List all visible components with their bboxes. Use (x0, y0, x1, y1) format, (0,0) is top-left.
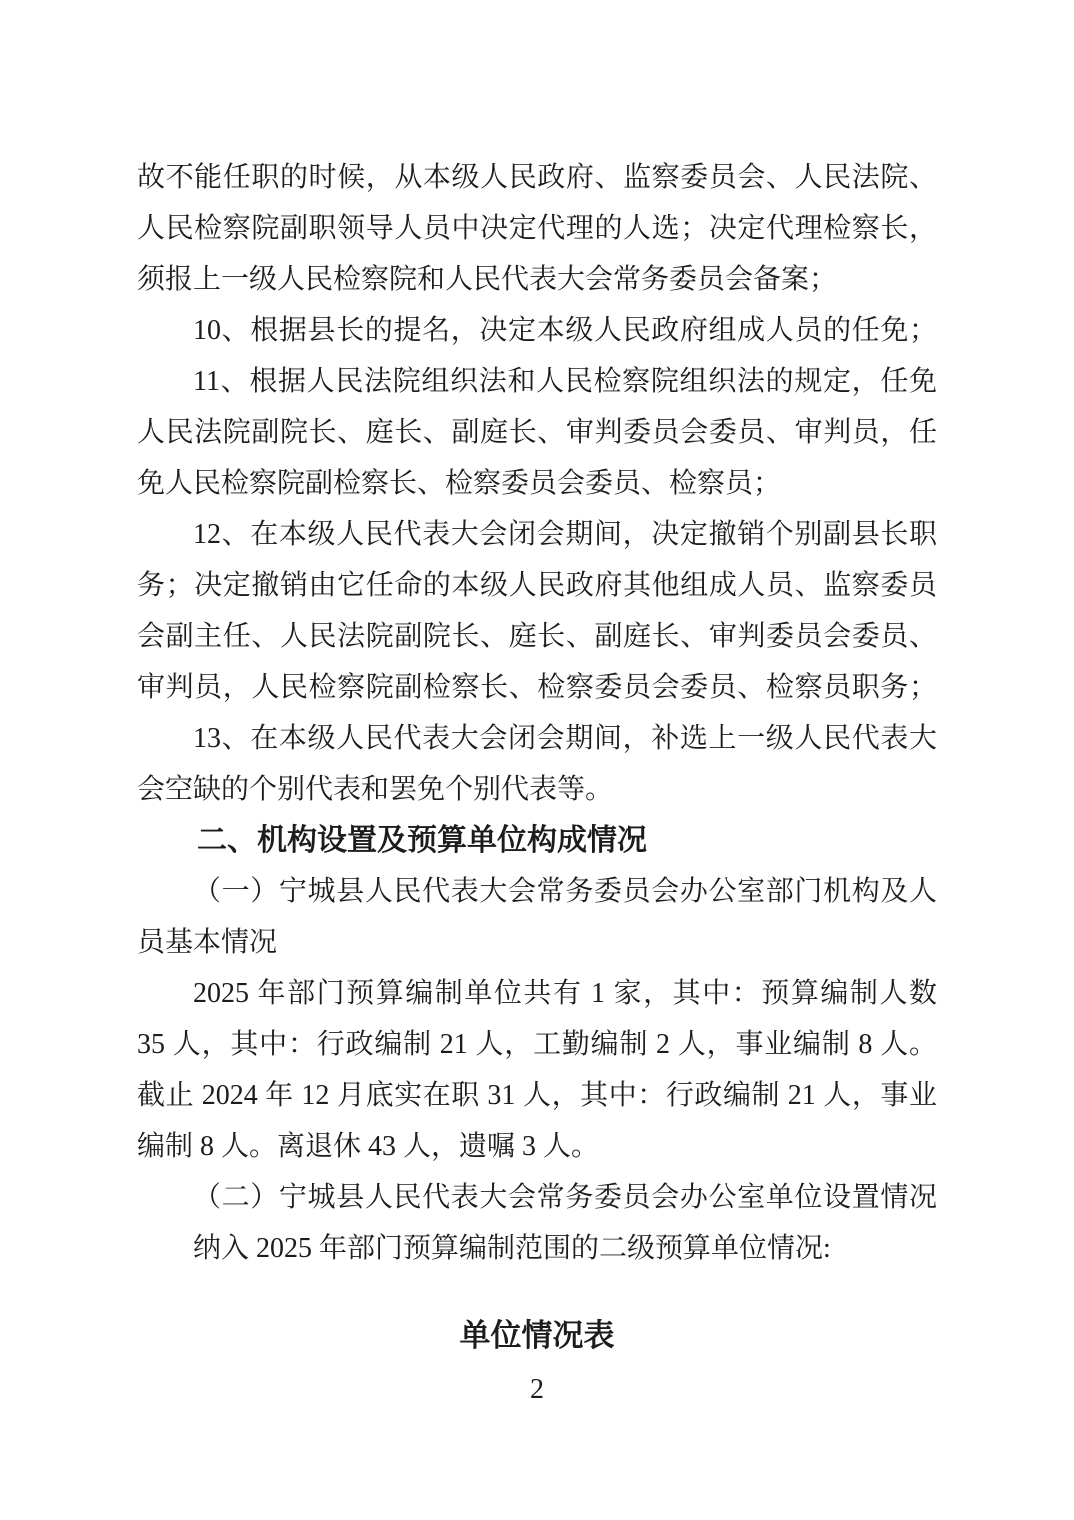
subsection-line: （一）宁城县人民代表大会常务委员会办公室部门机构及人 (137, 866, 937, 917)
body-line: 编制 8 人。离退休 43 人，遗嘱 3 人。 (137, 1121, 937, 1172)
body-line: 13、在本级人民代表大会闭会期间，补选上一级人民代表大 (137, 713, 937, 764)
body-line: 10、根据县长的提名，决定本级人民政府组成人员的任免； (137, 305, 937, 356)
body-line: 须报上一级人民检察院和人民代表大会常务委员会备案； (137, 254, 937, 305)
body-line: 免人民检察院副检察长、检察委员会委员、检察员； (137, 458, 937, 509)
body-line: 人民检察院副职领导人员中决定代理的人选；决定代理检察长， (137, 203, 937, 254)
body-line: 故不能任职的时候，从本级人民政府、监察委员会、人民法院、 (137, 152, 937, 203)
body-line: 12、在本级人民代表大会闭会期间，决定撤销个别副县长职 (137, 509, 937, 560)
document-body: 故不能任职的时候，从本级人民政府、监察委员会、人民法院、 人民检察院副职领导人员… (137, 152, 937, 1274)
body-line: 截止 2024 年 12 月底实在职 31 人，其中：行政编制 21 人，事业 (137, 1070, 937, 1121)
body-line: 35 人，其中：行政编制 21 人，工勤编制 2 人，事业编制 8 人。 (137, 1019, 937, 1070)
document-page: 故不能任职的时候，从本级人民政府、监察委员会、人民法院、 人民检察院副职领导人员… (0, 0, 1074, 1520)
body-line: 纳入 2025 年部门预算编制范围的二级预算单位情况: (137, 1223, 937, 1274)
body-line: 11、根据人民法院组织法和人民检察院组织法的规定，任免 (137, 356, 937, 407)
body-line: 人民法院副院长、庭长、副庭长、审判委员会委员、审判员，任 (137, 407, 937, 458)
body-line: 会副主任、人民法院副院长、庭长、副庭长、审判委员会委员、 (137, 611, 937, 662)
page-number: 2 (0, 1365, 1074, 1415)
body-line: 2025 年部门预算编制单位共有 1 家，其中：预算编制人数 (137, 968, 937, 1019)
subsection-line: （二）宁城县人民代表大会常务委员会办公室单位设置情况 (137, 1172, 937, 1223)
body-line: 务；决定撤销由它任命的本级人民政府其他组成人员、监察委员 (137, 560, 937, 611)
body-line: 会空缺的个别代表和罢免个别代表等。 (137, 764, 937, 815)
subsection-line: 员基本情况 (137, 917, 937, 968)
section-heading: 二、机构设置及预算单位构成情况 (137, 815, 937, 866)
body-line: 审判员，人民检察院副检察长、检察委员会委员、检察员职务； (137, 662, 937, 713)
table-title: 单位情况表 (0, 1310, 1074, 1361)
